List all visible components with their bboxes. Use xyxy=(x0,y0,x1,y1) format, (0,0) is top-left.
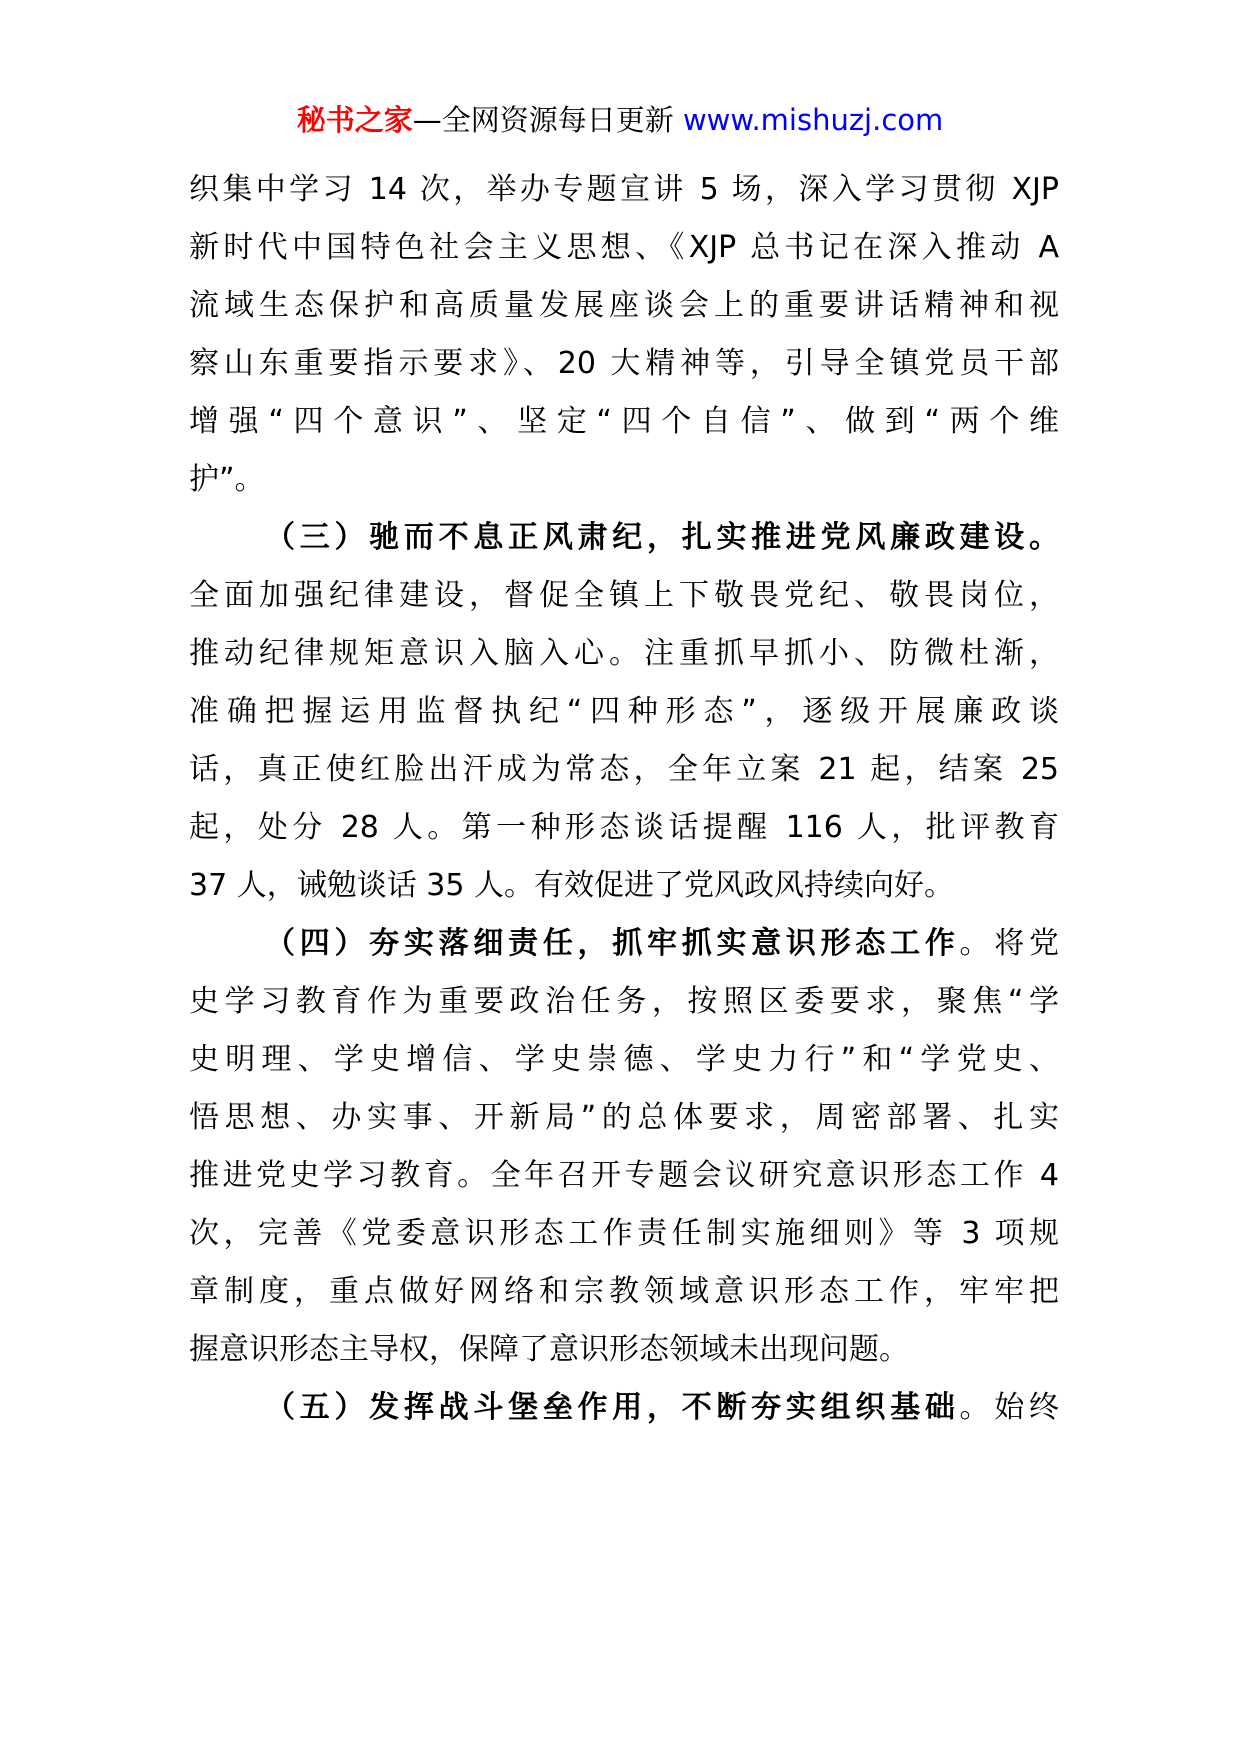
paragraph-line: 37 人，诫勉谈话 35 人。有效促进了党风政风持续向好。 xyxy=(189,866,1059,906)
paragraph-line: 章制度，重点做好网络和宗教领域意识形态工作，牢牢把 xyxy=(189,1272,1059,1312)
paragraph-line: 察山东重要指示要求》、20 大精神等，引导全镇党员干部 xyxy=(189,344,1059,384)
paragraph-line: 推进党史学习教育。全年召开专题会议研究意识形态工作 4 xyxy=(189,1156,1059,1196)
site-brand: 秘书之家 xyxy=(297,103,413,137)
paragraph-line: 话，真正使红脸出汗成为常态，全年立案 21 起，结案 25 xyxy=(189,750,1059,790)
paragraph-line: 史学习教育作为重要政治任务，按照区委要求，聚焦“学 xyxy=(189,982,1059,1022)
paragraph-line: 新时代中国特色社会主义思想、《XJP 总书记在深入推动 A xyxy=(189,228,1059,268)
section-heading-5-title: （五）发挥战斗堡垒作用，不断夯实组织基础 xyxy=(265,1390,960,1425)
section-heading-4: （四）夯实落细责任，抓牢抓实意识形态工作。将党 xyxy=(265,924,1059,964)
site-url-link[interactable]: www.mishuzj.com xyxy=(683,103,943,137)
paragraph-line: 握意识形态主导权，保障了意识形态领域未出现问题。 xyxy=(189,1330,1059,1370)
paragraph-line: 流域生态保护和高质量发展座谈会上的重要讲话精神和视 xyxy=(189,286,1059,326)
section-heading-4-tail: 。将党 xyxy=(960,926,1059,961)
paragraph-line: 推动纪律规矩意识入脑入心。注重抓早抓小、防微杜渐， xyxy=(189,634,1059,674)
site-tagline: —全网资源每日更新 xyxy=(413,103,674,137)
site-header: 秘书之家—全网资源每日更新 www.mishuzj.com xyxy=(0,100,1240,140)
section-heading-5-tail: 。始终 xyxy=(960,1390,1059,1425)
paragraph-line: 全面加强纪律建设，督促全镇上下敬畏党纪、敬畏岗位， xyxy=(189,576,1059,616)
paragraph-line: 准确把握运用监督执纪“四种形态”，逐级开展廉政谈 xyxy=(189,692,1059,732)
paragraph-line: 悟思想、办实事、开新局”的总体要求，周密部署、扎实 xyxy=(189,1098,1059,1138)
paragraph-line: 增强“四个意识”、坚定“四个自信”、做到“两个维 xyxy=(189,402,1059,442)
section-heading-3: （三）驰而不息正风肃纪，扎实推进党风廉政建设。 xyxy=(265,518,1059,558)
section-heading-5: （五）发挥战斗堡垒作用，不断夯实组织基础。始终 xyxy=(265,1388,1059,1428)
paragraph-line: 次，完善《党委意识形态工作责任制实施细则》等 3 项规 xyxy=(189,1214,1059,1254)
paragraph-line: 织集中学习 14 次，举办专题宣讲 5 场，深入学习贯彻 XJP xyxy=(189,170,1059,210)
paragraph-line: 起，处分 28 人。第一种形态谈话提醒 116 人，批评教育 xyxy=(189,808,1059,848)
section-heading-4-title: （四）夯实落细责任，抓牢抓实意识形态工作 xyxy=(265,926,960,961)
paragraph-line: 护”。 xyxy=(189,460,1059,500)
paragraph-line: 史明理、学史增信、学史崇德、学史力行”和“学党史、 xyxy=(189,1040,1059,1080)
